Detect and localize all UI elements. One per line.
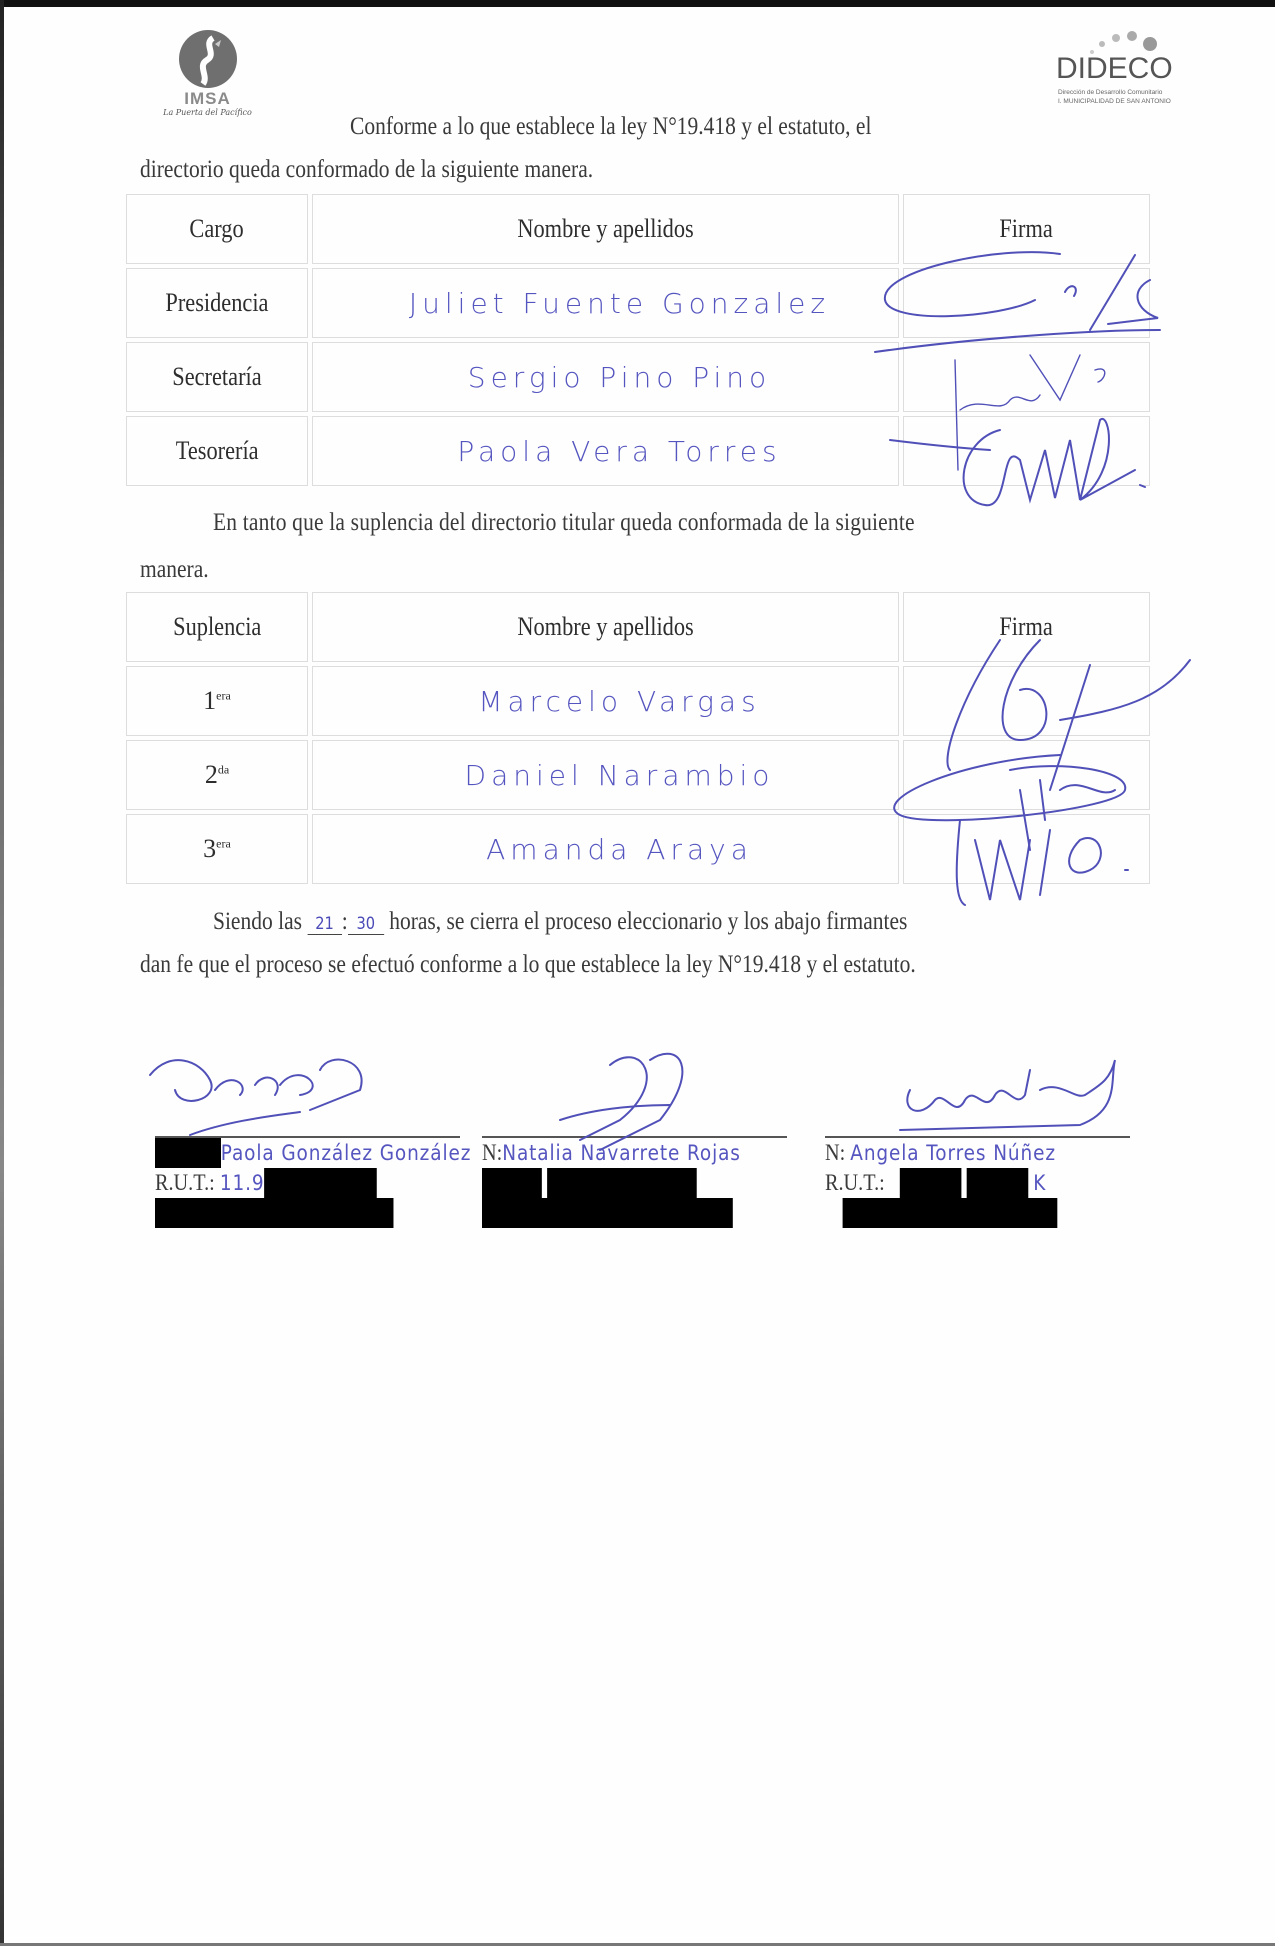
signatory-role-row: Socio/a comisión electoral <box>825 1198 1093 1228</box>
firma-cell <box>903 740 1150 810</box>
imsa-logo: IMSA La Puerta del Pacífico <box>140 26 275 134</box>
signatory-name-row: N: Paola González González <box>155 1138 423 1168</box>
table-row: 3era Amanda Araya <box>126 814 1150 884</box>
intro-line-1: Conforme a lo que establece la ley N°19.… <box>350 112 871 142</box>
nombre-cell: Sergio Pino Pino <box>312 342 899 412</box>
cargo-text: Secretaría <box>172 362 261 392</box>
rut-visible: 11.9 <box>220 1171 265 1195</box>
header-suplencia-text: Suplencia <box>173 612 261 642</box>
cargo-cell: Secretaría <box>126 342 308 412</box>
cargo-text: Presidencia <box>165 288 268 318</box>
imsa-name: IMSA <box>140 90 275 108</box>
cargo-cell: Tesorería <box>126 416 308 486</box>
signatory-name-row: N:Natalia Navarrete Rojas <box>482 1138 750 1168</box>
signature-presidente-comision <box>150 1060 362 1135</box>
imsa-tagline: La Puerta del Pacífico <box>140 108 275 118</box>
suplencia-intro-line-1: En tanto que la suplencia del directorio… <box>213 508 915 538</box>
directorio-table: Cargo Nombre y apellidos Firma Presidenc… <box>122 190 1154 490</box>
order-suffix: da <box>218 762 229 776</box>
scan-border-left <box>0 0 4 1946</box>
cargo-text: Tesorería <box>176 436 259 466</box>
dideco-name-text: DIDECO <box>1056 52 1173 85</box>
signatory-rut-row: R.U.T.: 11.9 <box>155 1168 423 1198</box>
header-nombre-text: Nombre y apellidos <box>517 214 693 244</box>
header-cargo: Cargo <box>126 194 308 264</box>
header-firma-text: Firma <box>1000 612 1053 642</box>
dideco-subtitle-1: Dirección de Desarrollo Comunitario <box>1058 89 1162 96</box>
nombre-cell: Amanda Araya <box>312 814 899 884</box>
signatory-role-redacted: Presidente comisión electoral <box>155 1198 393 1228</box>
firma-cell <box>903 268 1150 338</box>
signatory-role-redacted: Secretario/a comisión electoral <box>482 1198 733 1228</box>
minute-field: 30 <box>348 914 384 935</box>
signatory-president: N: Paola González González R.U.T.: 11.9 … <box>155 1130 460 1228</box>
signatory-secretary: N:Natalia Navarrete Rojas R.U.T.: Secret… <box>482 1130 787 1228</box>
suplencia-order-cell: 3era <box>126 814 308 884</box>
scan-border-top <box>0 0 1275 7</box>
nombre-cell: Marcelo Vargas <box>312 666 899 736</box>
signatory-role-row: Presidente comisión electoral <box>155 1198 423 1228</box>
closing-line-2: dan fe que el proceso se efectuó conform… <box>140 950 916 980</box>
redaction-block: N: <box>155 1138 221 1168</box>
table-header-row: Cargo Nombre y apellidos Firma <box>126 194 1150 264</box>
table-row: Presidencia Juliet Fuente Gonzalez <box>126 268 1150 338</box>
table-header-row: Suplencia Nombre y apellidos Firma <box>126 592 1150 662</box>
intro-line-2: directorio queda conformado de la siguie… <box>140 155 593 185</box>
nombre-cell: Daniel Narambio <box>312 740 899 810</box>
header-firma-text: Firma <box>1000 214 1053 244</box>
signatory-member: N: Angela Torres Núñez R.U.T.: K Socio/a… <box>825 1130 1130 1228</box>
nombre-cell: Paola Vera Torres <box>312 416 899 486</box>
rut-label: R.U.T.: <box>825 1170 885 1195</box>
imsa-emblem-icon <box>179 30 237 88</box>
dideco-name: DIDECO <box>1056 52 1173 86</box>
rut-visible: K <box>1033 1171 1046 1195</box>
suplencia-order-cell: 1era <box>126 666 308 736</box>
signatory-name: Natalia Navarrete Rojas <box>502 1141 741 1165</box>
signatory-name: Angela Torres Núñez <box>850 1141 1056 1165</box>
suplencia-table: Suplencia Nombre y apellidos Firma 1era … <box>122 588 1154 888</box>
closing-line-1: Siendo las 21:30 horas, se cierra el pro… <box>213 907 907 937</box>
nombre-cell: Juliet Fuente Gonzalez <box>312 268 899 338</box>
suplencia-order-cell: 2da <box>126 740 308 810</box>
redaction-block <box>547 1168 697 1198</box>
header-firma: Firma <box>903 592 1150 662</box>
header-nombre: Nombre y apellidos <box>312 194 899 264</box>
order-number: 2 <box>205 760 218 789</box>
signature-socio-comision <box>900 1060 1115 1130</box>
firma-cell <box>903 814 1150 884</box>
signatory-rut-row: R.U.T.: K <box>825 1168 1093 1198</box>
rut-label: R.U.T.: <box>155 1170 215 1195</box>
order-number: 1 <box>203 686 216 715</box>
header-suplencia: Suplencia <box>126 592 308 662</box>
header-cargo-text: Cargo <box>190 214 244 244</box>
signatory-name-row: N: Angela Torres Núñez <box>825 1138 1093 1168</box>
order-suffix: era <box>216 688 231 702</box>
table-row: 1era Marcelo Vargas <box>126 666 1150 736</box>
signatory-role-redacted: Socio/a comisión electoral <box>843 1198 1058 1228</box>
table-row: 2da Daniel Narambio <box>126 740 1150 810</box>
redaction-block <box>900 1168 962 1198</box>
signatory-name: Paola González González <box>221 1141 472 1165</box>
suplencia-intro-line-2: manera. <box>140 555 209 585</box>
closing-pre: Siendo las <box>213 908 302 935</box>
signatory-role-row: Secretario/a comisión electoral <box>482 1198 750 1228</box>
hour-field: 21 <box>307 914 341 935</box>
cargo-cell: Presidencia <box>126 268 308 338</box>
dideco-logo: DIDECO Dirección de Desarrollo Comunitar… <box>1050 22 1180 112</box>
n-label: N: <box>825 1140 845 1165</box>
rut-label-redacted: R.U.T.: <box>482 1168 542 1198</box>
redaction-block <box>265 1168 378 1198</box>
n-label: N: <box>482 1140 502 1165</box>
header-nombre-text: Nombre y apellidos <box>517 612 693 642</box>
order-suffix: era <box>216 836 231 850</box>
closing-post: horas, se cierra el proceso eleccionario… <box>389 908 907 935</box>
table-row: Secretaría Sergio Pino Pino <box>126 342 1150 412</box>
signatory-rut-row: R.U.T.: <box>482 1168 750 1198</box>
dideco-subtitle-2: I. MUNICIPALIDAD DE SAN ANTONIO <box>1058 98 1171 105</box>
order-number: 3 <box>203 834 216 863</box>
firma-cell <box>903 416 1150 486</box>
firma-cell <box>903 342 1150 412</box>
table-row: Tesorería Paola Vera Torres <box>126 416 1150 486</box>
header-firma: Firma <box>903 194 1150 264</box>
redaction-block <box>967 1168 1029 1198</box>
firma-cell <box>903 666 1150 736</box>
header-nombre: Nombre y apellidos <box>312 592 899 662</box>
